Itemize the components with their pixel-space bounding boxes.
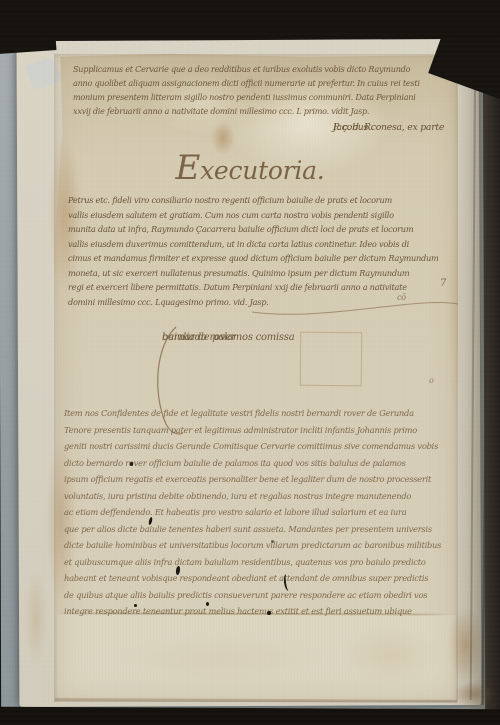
section-heading: Executoria. (130, 148, 370, 188)
text-line: monium presentem litteram sigillo nostro… (73, 90, 456, 104)
text-line: munita data ut infra, Raymundo Çacarrera… (68, 222, 458, 237)
paragraph-top: Supplicamus et Cervarie que a deo reddit… (73, 62, 456, 118)
paragraph-executoria: Petrus etc. fideli viro consiliario nost… (68, 193, 458, 309)
margin-mark: 7 (440, 278, 446, 289)
ink-blot (130, 462, 133, 466)
text-line: dicto bernardo rover officium baiulie de… (64, 455, 459, 472)
manuscript-photo: Supplicamus et Cervarie que a deo reddit… (0, 0, 500, 725)
signature-line: P. ç. d. R. (333, 121, 373, 135)
text-line: de quibus atque aliis baiulis predictis … (64, 587, 459, 604)
text-line: Tenore presentis tanquam pater et legiti… (64, 422, 459, 439)
text-line: vallis eiusdem salutem et gratiam. Cum n… (68, 208, 458, 223)
ink-blot (206, 602, 209, 606)
paper-seam-lower (57, 615, 456, 701)
text-line: et quibuscumque aliis infra dictam baiul… (64, 554, 459, 571)
ink-blot (134, 604, 137, 607)
margin-mark: o (429, 376, 434, 385)
text-line: ac etiam deffendendo. Et habeatis pro ve… (64, 504, 459, 521)
paragraph-commission: Item nos Confidentes de fide et legalita… (64, 405, 459, 620)
text-line: anno quolibet aliquam assignacionem dict… (73, 76, 456, 90)
note-line: bernardo rover (162, 326, 236, 350)
binding-edge-bottom (0, 707, 500, 725)
text-line: que per alios dicte baiulie tenentes hab… (64, 521, 459, 538)
text-line: Supplicamus et Cervarie que a deo reddit… (73, 62, 456, 76)
text-line: vallis eiusdem duxerimus comittendum, ut… (68, 237, 458, 252)
text-line: xxvij die februarii anno a nativitate do… (73, 104, 456, 118)
text-line: dicte baiulie hominibus et universitatib… (64, 537, 459, 554)
ink-blot (267, 611, 271, 615)
text-line: Item nos Confidentes de fide et legalita… (64, 405, 459, 422)
text-line: moneta, ut sic exerceri nullatenus presu… (68, 266, 458, 281)
offset-rectangle-mark (300, 332, 363, 387)
text-line: habeant et teneant vobisque respondeant … (64, 570, 459, 587)
ink-blot (271, 540, 274, 543)
text-line: integre respondere teneantur prout meliu… (64, 603, 459, 620)
text-line: cimus et mandamus firmiter et expresse q… (68, 251, 458, 266)
text-line: Petrus etc. fideli viro consiliario nost… (68, 193, 458, 208)
margin-mark: cō (397, 293, 406, 302)
text-line: voluntatis, iura pristina debite obtinen… (64, 488, 459, 505)
text-line: geniti nostri carissimi ducis Gerunde Co… (64, 438, 459, 455)
binding-edge-top (0, 0, 500, 41)
text-line: ipsum officium regatis et exerceatis per… (64, 471, 459, 488)
